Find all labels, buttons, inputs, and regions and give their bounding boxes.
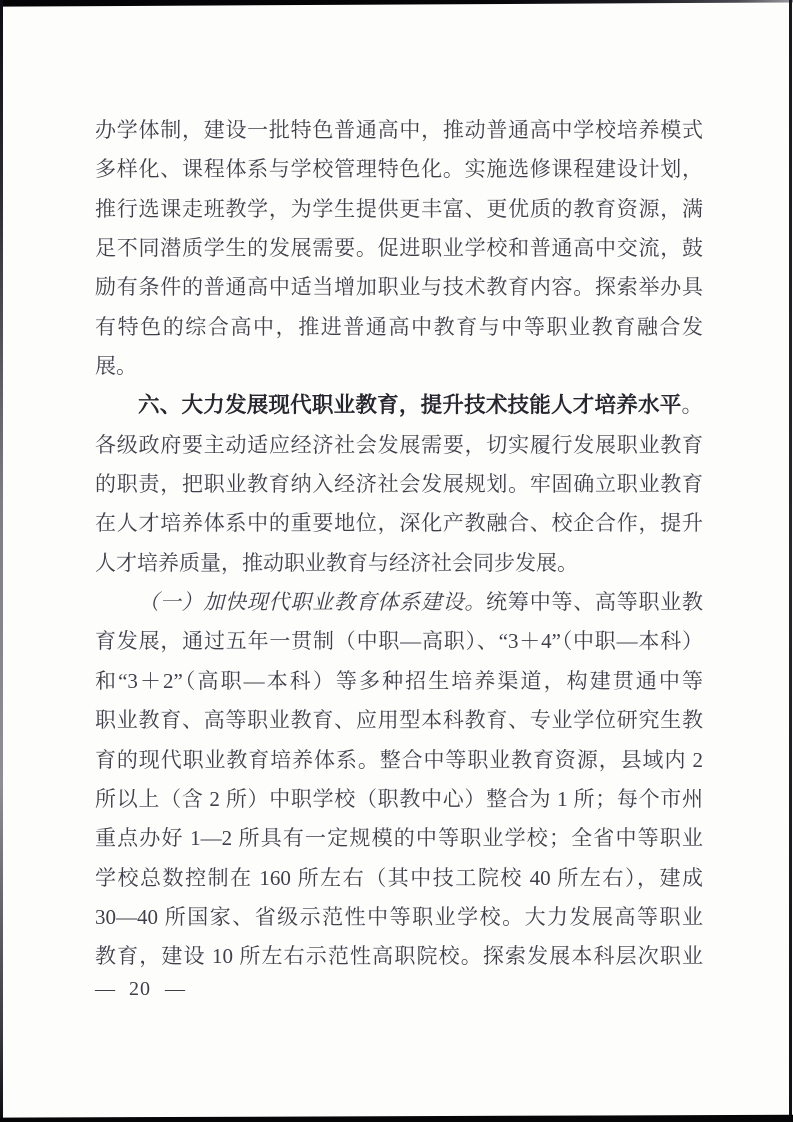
section-heading-period: 。 xyxy=(681,393,703,417)
doc-line: 多样化、课程体系与学校管理特色化。实施选修课程建设计划， xyxy=(95,150,703,189)
section-heading: 六、大力发展现代职业教育，提升技术技能人才培养水平。 xyxy=(95,386,703,425)
page-number: —20— xyxy=(95,976,185,1002)
doc-line: 办学体制，建设一批特色普通高中，推动普通高中学校培养模式 xyxy=(95,111,703,150)
doc-line: 励有条件的普通高中适当增加职业与技术教育内容。探索举办具 xyxy=(95,268,703,307)
doc-line-subitem: （一）加快现代职业教育体系建设。统筹中等、高等职业教 xyxy=(95,583,703,622)
doc-line: 的职责，把职业教育纳入经济社会发展规划。牢固确立职业教育 xyxy=(95,465,703,504)
subitem-text: 统筹中等、高等职业教 xyxy=(486,590,703,614)
doc-line: 育发展，通过五年一贯制（中职—高职）、“3＋4”（中职—本科） xyxy=(95,622,703,661)
document-body: 办学体制，建设一批特色普通高中，推动普通高中学校培养模式 多样化、课程体系与学校… xyxy=(95,111,703,977)
doc-line: 推行选课走班教学，为学生提供更丰富、更优质的教育资源，满 xyxy=(95,190,703,229)
doc-line: 育的现代职业教育培养体系。整合中等职业教育资源，县域内 2 xyxy=(95,741,703,780)
section-heading-text: 六、大力发展现代职业教育，提升技术技能人才培养水平 xyxy=(138,393,681,417)
page-number-value: 20 xyxy=(129,978,151,1000)
subitem-title: （一）加快现代职业教育体系建设。 xyxy=(138,590,486,614)
doc-line: 职业教育、高等职业教育、应用型本科教育、专业学位研究生教 xyxy=(95,701,703,740)
scan-artifact-top-edge xyxy=(0,0,793,7)
doc-line-paragraph-end: 展。 xyxy=(95,347,703,386)
doc-line: 教育，建设 10 所左右示范性高职院校。探索发展本科层次职业 xyxy=(95,937,703,976)
doc-line: 学校总数控制在 160 所左右（其中技工院校 40 所左右），建成 xyxy=(95,859,703,898)
doc-line-paragraph-end: 人才培养质量，推动职业教育与经济社会同步发展。 xyxy=(95,544,703,583)
doc-line: 足不同潜质学生的发展需要。促进职业学校和普通高中交流，鼓 xyxy=(95,229,703,268)
scan-artifact-right-edge xyxy=(789,0,792,1122)
scanned-document-page: 办学体制，建设一批特色普通高中，推动普通高中学校培养模式 多样化、课程体系与学校… xyxy=(0,0,793,1122)
doc-line: 所以上（含 2 所）中职学校（职教中心）整合为 1 所；每个市州 xyxy=(95,780,703,819)
doc-line: 和“3＋2”（高职—本科）等多种招生培养渠道，构建贯通中等 xyxy=(95,662,703,701)
scan-artifact-left-edge xyxy=(0,0,3,1122)
page-number-left-dash: — xyxy=(95,978,115,1000)
doc-line: 各级政府要主动适应经济社会发展需要，切实履行发展职业教育 xyxy=(95,426,703,465)
page-number-right-dash: — xyxy=(165,978,185,1000)
scan-artifact-bottom-edge xyxy=(0,1114,793,1122)
doc-line: 重点办好 1—2 所具有一定规模的中等职业学校；全省中等职业 xyxy=(95,819,703,858)
doc-line: 30—40 所国家、省级示范性中等职业学校。大力发展高等职业 xyxy=(95,898,703,937)
doc-line: 有特色的综合高中，推进普通高中教育与中等职业教育融合发 xyxy=(95,308,703,347)
doc-line: 在人才培养体系中的重要地位，深化产教融合、校企合作，提升 xyxy=(95,504,703,543)
